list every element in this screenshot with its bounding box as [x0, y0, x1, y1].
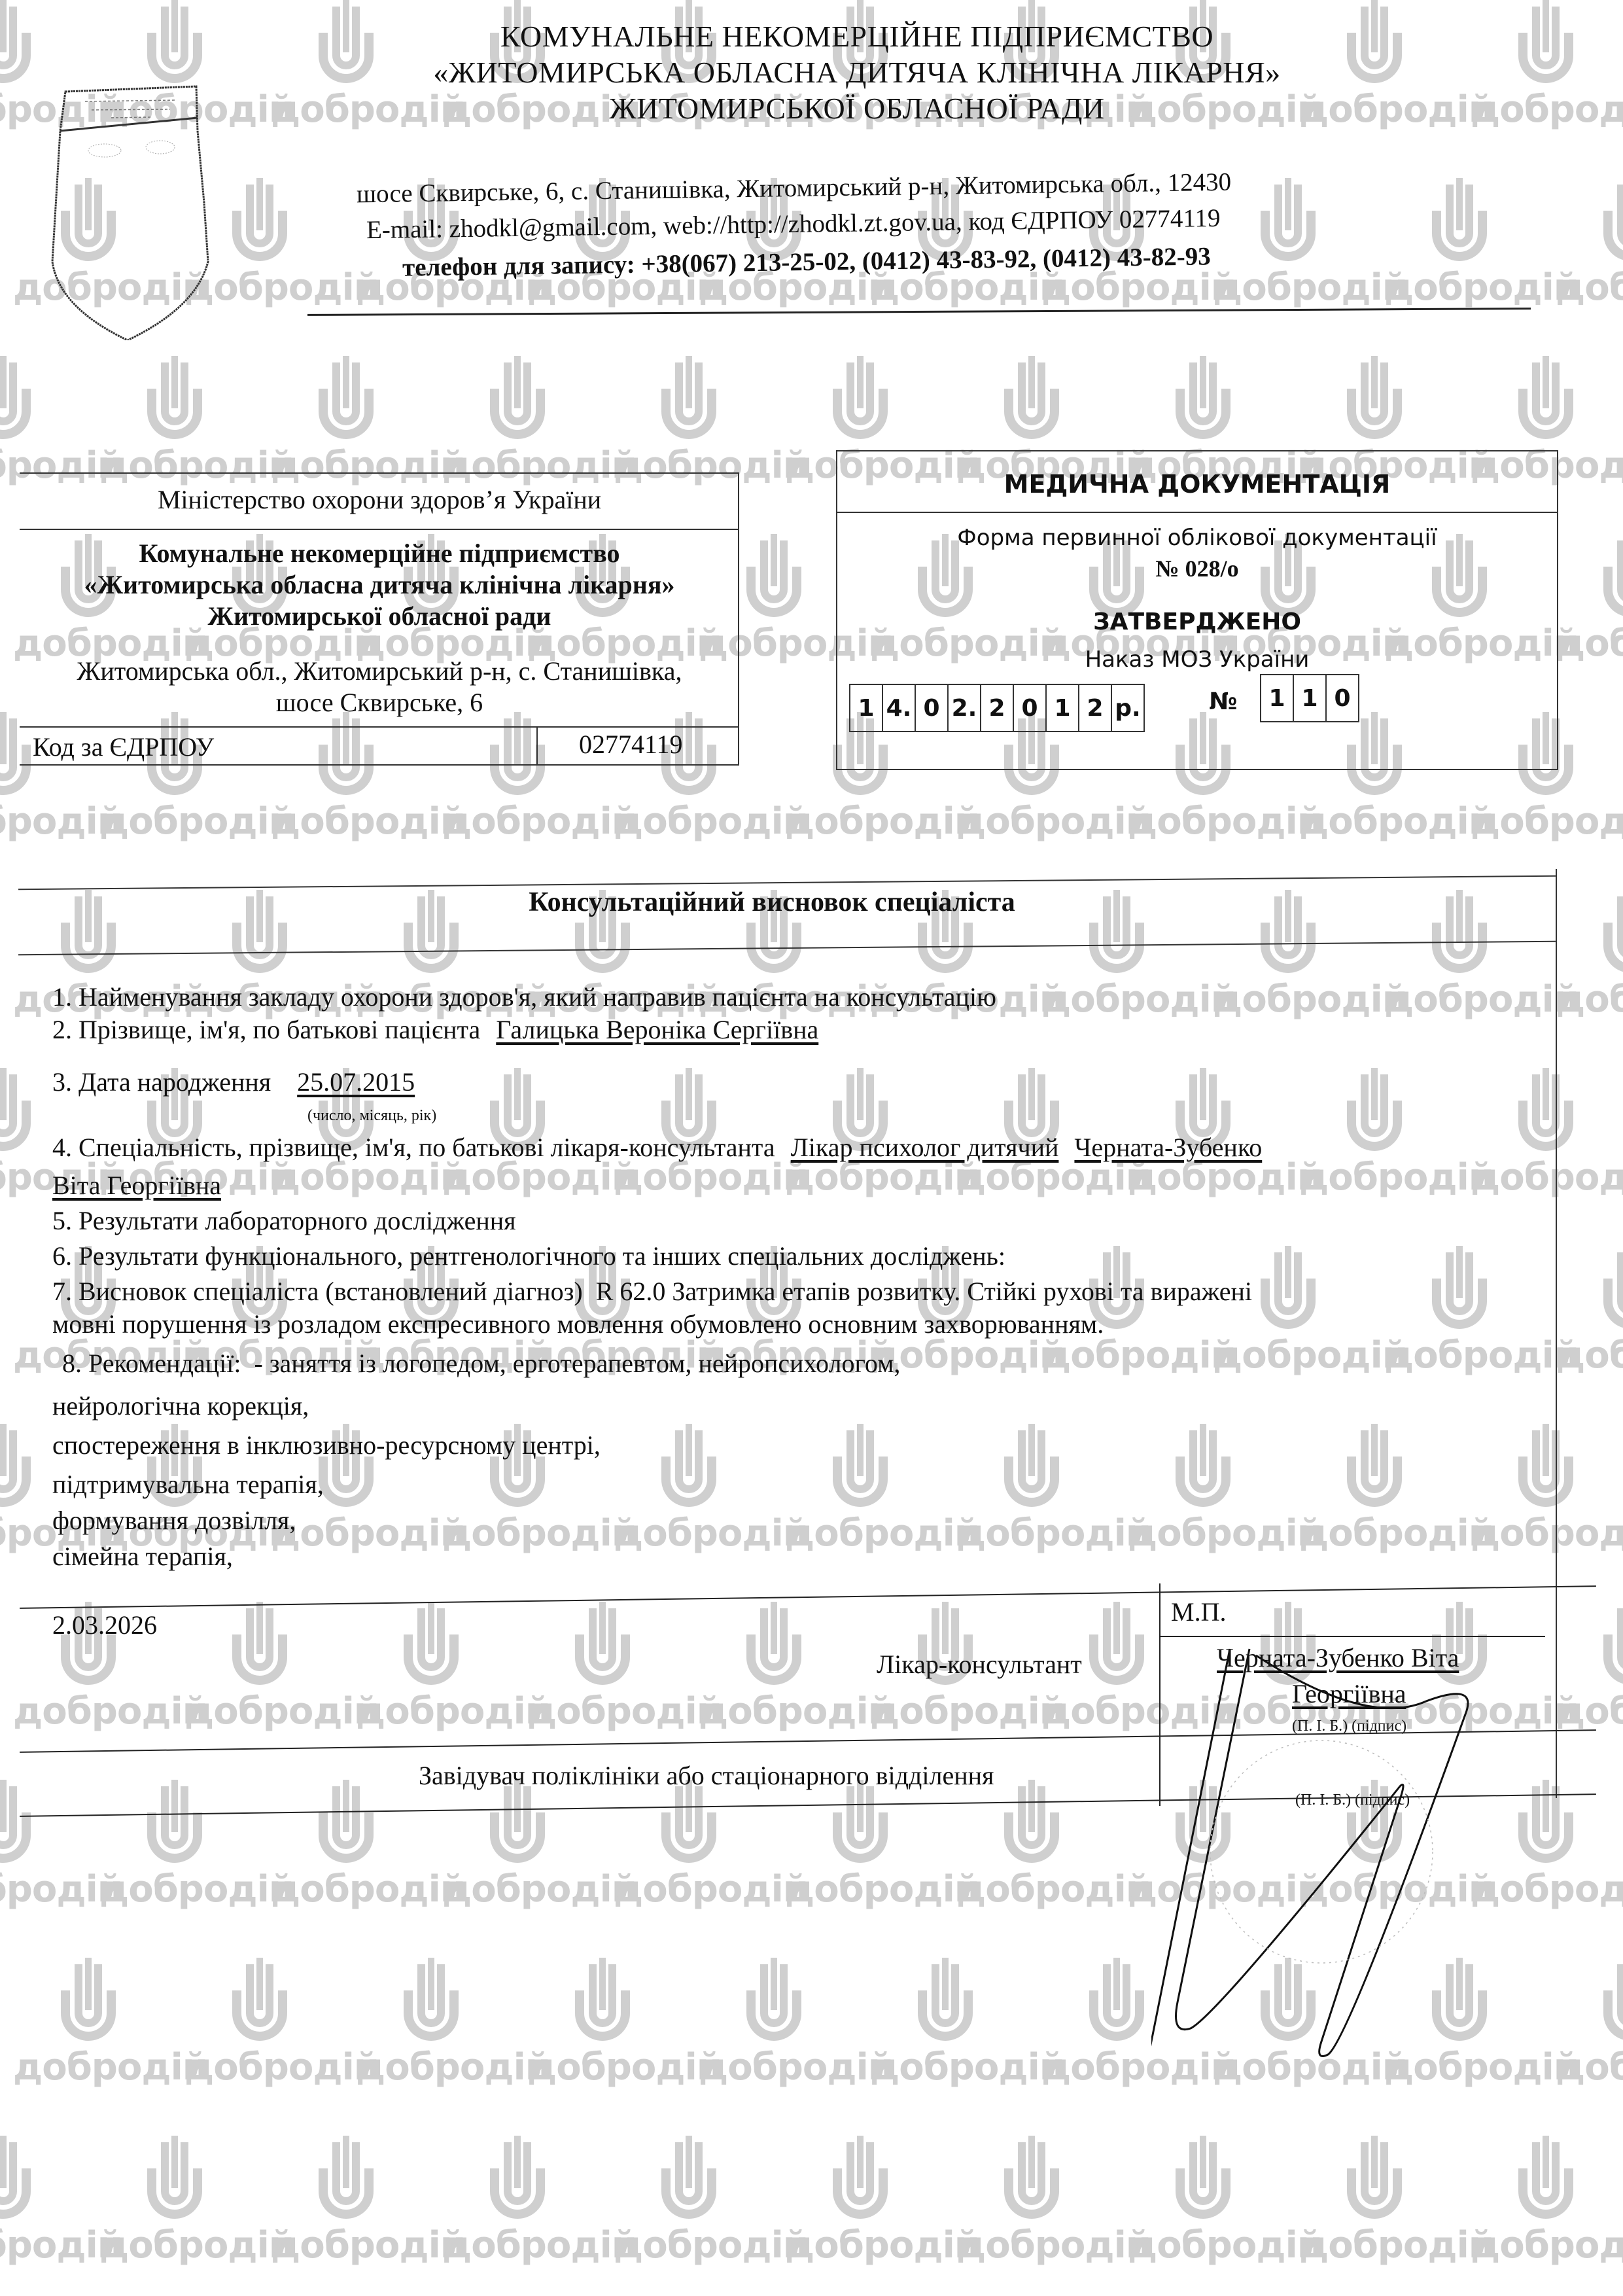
date-cell: 2 — [980, 684, 1014, 732]
specialist-name-2: Віта Георгіївна — [52, 1170, 221, 1201]
cell-divider — [536, 726, 538, 766]
header-address: шосе Сквирське, 6, с. Станишівка, Житоми… — [357, 168, 1232, 210]
recommendation-item: спостереження в інклюзивно-ресурсному це… — [52, 1430, 601, 1461]
recommendations-label: 8. Рекомендації: — [62, 1349, 241, 1378]
conclusion-value-1: R 62.0 Затримка етапів розвитку. Стійкі … — [596, 1277, 1252, 1306]
patient-row: 2. Прізвище, ім'я, по батькові пацієнта … — [52, 1014, 818, 1046]
handwritten-signature-icon — [1151, 1636, 1492, 2146]
date-cell: 2 — [1078, 684, 1112, 732]
date-cell: 4. — [882, 684, 916, 732]
form-number: № 028/о — [837, 555, 1557, 582]
edrpou-value: 02774119 — [579, 729, 683, 760]
date-cell: 1 — [849, 684, 883, 732]
order-number-cells: 1 1 0 — [1261, 674, 1359, 722]
specialist-specialty: Лікар психолог дитячий — [791, 1133, 1059, 1162]
row-divider — [20, 764, 739, 766]
recommendation-item: підтримувальна терапія, — [52, 1469, 324, 1500]
edrpou-label: Код за ЄДРПОУ — [33, 732, 214, 762]
row-divider — [20, 472, 739, 474]
specialist-name-1: Черната-Зубенко — [1074, 1133, 1262, 1162]
institution-name-3: Житомирської обласної ради — [20, 601, 739, 632]
stamp-label: М.П. — [1171, 1597, 1226, 1627]
institution-box: Міністерство охорони здоров’я України Ко… — [20, 472, 739, 766]
conclusion-label: 7. Висновок спеціаліста (встановлений ді… — [52, 1277, 583, 1306]
form-title: Консультаційний висновок спеціаліста — [0, 887, 1544, 918]
form-label: Форма первинної облікової документації — [837, 525, 1557, 551]
institution-name-1: Комунальне некомерційне підприємство — [20, 538, 739, 569]
institution-address-1: Житомирська обл., Житомирський р-н, с. С… — [20, 656, 739, 687]
dob-label: 3. Дата народження — [52, 1067, 271, 1097]
approved-label: ЗАТВЕРДЖЕНО — [837, 609, 1557, 635]
row-divider — [20, 726, 739, 728]
order-date-cells: 1 4. 0 2. 2 0 1 2 р. — [850, 684, 1145, 732]
dob-value: 25.07.2015 — [297, 1067, 415, 1097]
header-phone: телефон для запису: +38(067) 213-25-02, … — [402, 241, 1211, 283]
header-org-line-2: «ЖИТОМИРСЬКА ОБЛАСНА ДИТЯЧА КЛІНІЧНА ЛІК… — [249, 56, 1465, 90]
referring-institution-label: 1. Найменування закладу охорони здоров'я… — [52, 981, 996, 1013]
header-org-line-3: ЖИТОМИРСЬКОЇ ОБЛАСНОЇ РАДИ — [249, 92, 1465, 126]
date-cell: 1 — [1045, 684, 1079, 732]
head-of-department-label: Завідувач поліклініки або стаціонарного … — [419, 1760, 994, 1791]
date-cell: 2. — [947, 684, 981, 732]
lab-results-label: 5. Результати лабораторного дослідження — [52, 1205, 516, 1237]
dob-hint: (число, місяць, рік) — [307, 1107, 436, 1125]
date-cell: 0 — [915, 684, 949, 732]
institution-name-2: «Житомирська обласна дитяча клінічна лік… — [20, 569, 739, 601]
conclusion-row: 7. Висновок спеціаліста (встановлений ді… — [52, 1276, 1252, 1307]
functional-results-label: 6. Результати функціонального, рентгенол… — [52, 1241, 1005, 1272]
patient-label: 2. Прізвище, ім'я, по батькові пацієнта — [52, 1015, 480, 1044]
dob-row: 3. Дата народження 25.07.2015 — [52, 1067, 415, 1098]
medical-documentation-box: МЕДИЧНА ДОКУМЕНТАЦІЯ Форма первинної обл… — [836, 450, 1558, 770]
consultant-label: Лікар-консультант — [877, 1649, 1082, 1680]
recommendation-item: формування дозвілля, — [52, 1505, 296, 1536]
institution-address-2: шосе Сквирське, 6 — [20, 687, 739, 718]
recommendation-item: - заняття із логопедом, ерготерапевтом, … — [254, 1349, 900, 1378]
row-divider — [18, 941, 1556, 956]
ministry-label: Міністерство охорони здоров’я України — [20, 484, 739, 516]
medical-documentation-title: МЕДИЧНА ДОКУМЕНТАЦІЯ — [837, 470, 1557, 499]
header-contacts: E-mail: zhodkl@gmail.com, web://http://z… — [366, 203, 1221, 245]
order-label: Наказ МОЗ України — [837, 646, 1557, 673]
box-right-border — [738, 472, 739, 766]
recommendations-row: 8. Рекомендації: - заняття із логопедом,… — [62, 1348, 900, 1379]
number-cell: 1 — [1260, 674, 1294, 722]
patient-name: Галицька Вероніка Сергіївна — [496, 1015, 818, 1044]
recommendation-item: сімейна терапія, — [52, 1541, 233, 1572]
form-right-border — [1556, 869, 1557, 1798]
document-page: КОМУНАЛЬНЕ НЕКОМЕРЦІЙНЕ ПІДПРИЄМСТВО «ЖИ… — [0, 0, 1623, 2296]
row-divider — [20, 529, 739, 530]
header-org-line-1: КОМУНАЛЬНЕ НЕКОМЕРЦІЙНЕ ПІДПРИЄМСТВО — [249, 20, 1465, 54]
crest-emblem-icon — [46, 79, 236, 340]
specialist-label: 4. Спеціальність, прізвище, ім'я, по бат… — [52, 1133, 775, 1162]
order-number-sign: № — [1209, 688, 1237, 715]
date-cell: 0 — [1013, 684, 1047, 732]
date-cell: р. — [1111, 684, 1145, 732]
recommendation-item: нейрологічна корекція, — [52, 1390, 309, 1422]
specialist-row: 4. Спеціальність, прізвище, ім'я, по бат… — [52, 1132, 1262, 1163]
header-divider — [307, 308, 1531, 316]
conclusion-value-2: мовні порушення із розладом експресивног… — [52, 1309, 1104, 1340]
issue-date: 2.03.2026 — [52, 1610, 157, 1641]
number-cell: 0 — [1325, 674, 1359, 722]
number-cell: 1 — [1293, 674, 1327, 722]
row-divider — [837, 512, 1557, 513]
